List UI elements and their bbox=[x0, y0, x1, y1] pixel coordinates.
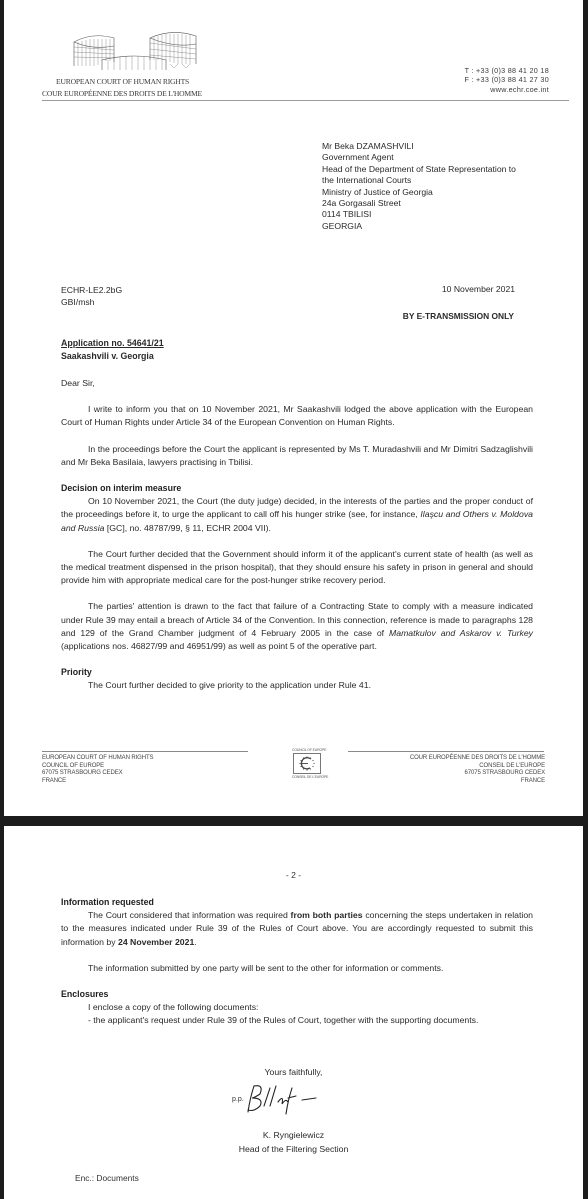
paragraph-lodged: I write to inform you that on 10 Novembe… bbox=[61, 403, 533, 429]
recipient-line: Government Agent bbox=[322, 152, 516, 163]
paragraph-interim-decision: On 10 November 2021, the Court (the duty… bbox=[61, 495, 533, 535]
recipient-address: Mr Beka DZAMASHVILI Government Agent Hea… bbox=[322, 141, 516, 232]
court-name-english: EUROPEAN COURT OF HUMAN RIGHTS bbox=[56, 77, 189, 86]
footer-address-english: EUROPEAN COURT OF HUMAN RIGHTS COUNCIL O… bbox=[42, 755, 153, 785]
case-name: Saakashvili v. Georgia bbox=[61, 351, 154, 361]
reference-block: ECHR-LE2.2bG GBI/msh bbox=[61, 284, 122, 308]
recipient-line: Mr Beka DZAMASHVILI bbox=[322, 141, 516, 152]
council-of-europe-logo: COUNCIL OF EUROPE CONSEIL DE L'EUROPE bbox=[292, 748, 322, 779]
footer-divider-left bbox=[42, 751, 248, 752]
paragraph-priority: The Court further decided to give priori… bbox=[61, 679, 533, 692]
footer-address-french: COUR EUROPÉENNE DES DROITS DE L'HOMME CO… bbox=[410, 755, 545, 785]
section-heading-information: Information requested bbox=[61, 896, 533, 909]
section-heading-interim: Decision on interim measure bbox=[61, 482, 533, 495]
phone-number: T : +33 (0)3 88 41 20 18 bbox=[464, 66, 549, 75]
closing-phrase: Yours faithfully, bbox=[4, 1067, 583, 1077]
coe-caption-top: COUNCIL OF EUROPE bbox=[292, 748, 322, 752]
letter-page-1: EUROPEAN COURT OF HUMAN RIGHTS COUR EURO… bbox=[4, 0, 583, 816]
paragraph-rule-39: The parties' attention is drawn to the f… bbox=[61, 600, 533, 653]
fax-number: F : +33 (0)3 88 41 27 30 bbox=[464, 75, 549, 84]
recipient-line: the International Courts bbox=[322, 175, 516, 186]
paragraph-information-shared: The information submitted by one party w… bbox=[61, 962, 533, 975]
court-name-french: COUR EUROPÉENNE DES DROITS DE L'HOMME bbox=[42, 89, 202, 98]
application-number: Application no. 54641/21 bbox=[61, 338, 164, 348]
section-heading-enclosures: Enclosures bbox=[61, 988, 533, 1001]
signatory-title: Head of the Filtering Section bbox=[4, 1144, 583, 1154]
page-number: - 2 - bbox=[4, 870, 583, 880]
paragraph-enclosure-item: - the applicant's request under Rule 39 … bbox=[61, 1014, 533, 1027]
recipient-line: Head of the Department of State Represen… bbox=[322, 164, 516, 175]
salutation: Dear Sir, bbox=[61, 377, 533, 390]
reference-initials: GBI/msh bbox=[61, 296, 122, 308]
transmission-note: BY E-TRANSMISSION ONLY bbox=[403, 311, 514, 321]
footer-divider-right bbox=[348, 751, 544, 752]
letter-body: Dear Sir, I write to inform you that on … bbox=[61, 377, 533, 693]
letter-body-page-2: Information requested The Court consider… bbox=[61, 896, 533, 1028]
recipient-line: Ministry of Justice of Georgia bbox=[322, 187, 516, 198]
signatory-name: K. Ryngielewicz bbox=[4, 1130, 583, 1140]
enclosure-note: Enc.: Documents bbox=[75, 1173, 139, 1183]
contact-block: T : +33 (0)3 88 41 20 18 F : +33 (0)3 88… bbox=[464, 66, 549, 94]
website-link[interactable]: www.echr.coe.int bbox=[464, 85, 549, 94]
deadline-date: 24 November 2021 bbox=[118, 937, 194, 947]
case-citation: Mamatkulov and Askarov v. Turkey bbox=[389, 628, 533, 638]
recipient-line: 0114 TBILISI bbox=[322, 209, 516, 220]
recipient-line: 24a Gorgasali Street bbox=[322, 198, 516, 209]
court-building-icon bbox=[62, 28, 212, 76]
recipient-line: GEORGIA bbox=[322, 221, 516, 232]
coe-caption-bottom: CONSEIL DE L'EUROPE bbox=[292, 775, 322, 779]
section-heading-priority: Priority bbox=[61, 666, 533, 679]
letter-page-2: - 2 - Information requested The Court co… bbox=[4, 826, 583, 1199]
letter-date: 10 November 2021 bbox=[442, 284, 515, 294]
handwritten-signature-icon bbox=[244, 1080, 324, 1116]
reference-code: ECHR-LE2.2bG bbox=[61, 284, 122, 296]
paragraph-information-requested: The Court considered that information wa… bbox=[61, 909, 533, 949]
paragraph-enclose: I enclose a copy of the following docume… bbox=[61, 1001, 533, 1014]
paragraph-representation: In the proceedings before the Court the … bbox=[61, 443, 533, 469]
council-of-europe-logo-icon bbox=[294, 754, 320, 773]
header-divider bbox=[42, 100, 569, 101]
paragraph-government-inform: The Court further decided that the Gover… bbox=[61, 548, 533, 588]
per-procurationem: p.p. bbox=[232, 1096, 244, 1103]
